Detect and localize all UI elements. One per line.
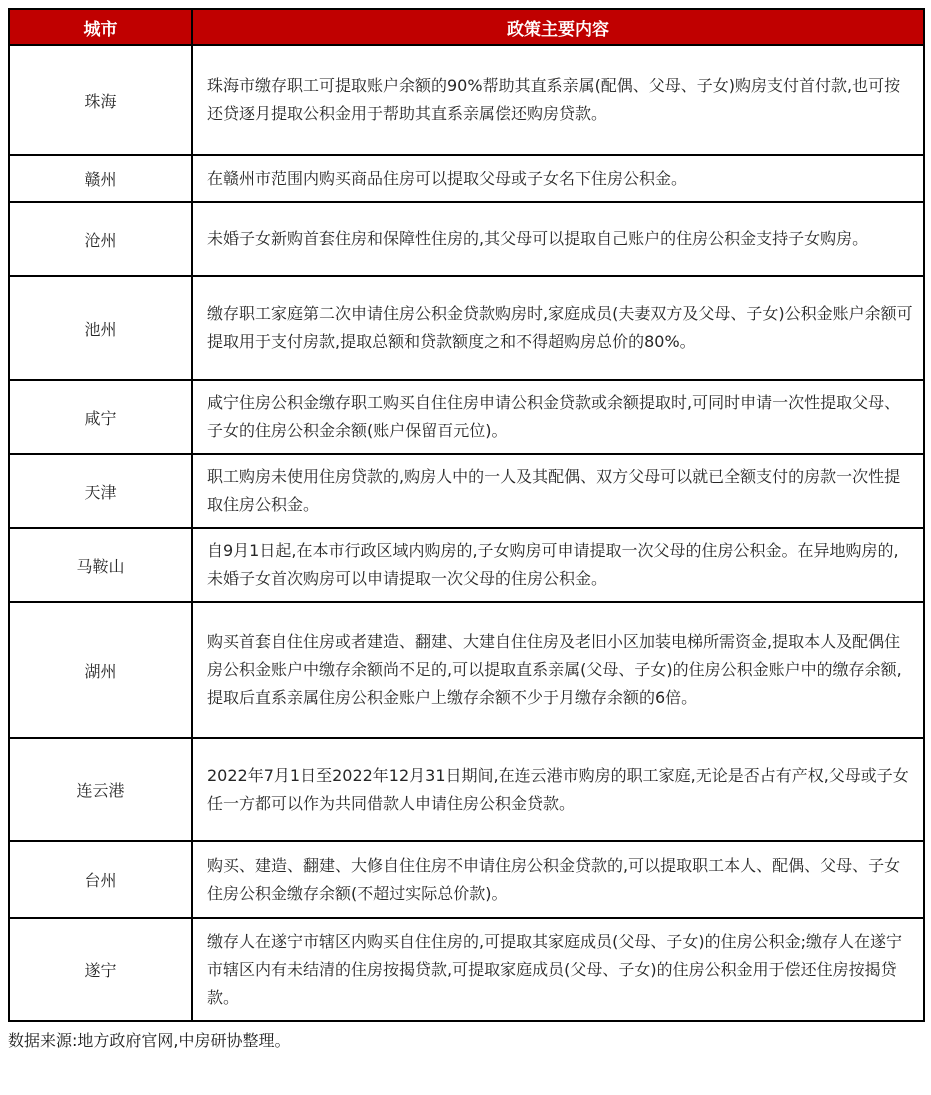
city-cell: 马鞍山 bbox=[9, 528, 192, 602]
table-row: 湖州 购买首套自住住房或者建造、翻建、大建自住住房及老旧小区加装电梯所需资金,提… bbox=[9, 602, 924, 738]
table-row: 赣州 在赣州市范围内购买商品住房可以提取父母或子女名下住房公积金。 bbox=[9, 155, 924, 202]
table-row: 马鞍山 自9月1日起,在本市行政区域内购房的,子女购房可申请提取一次父母的住房公… bbox=[9, 528, 924, 602]
page: 城市 政策主要内容 珠海 珠海市缴存职工可提取账户余额的90%帮助其直系亲属(配… bbox=[0, 0, 931, 1095]
policy-cell: 缴存职工家庭第二次申请住房公积金贷款购房时,家庭成员(夫妻双方及父母、子女)公积… bbox=[192, 276, 924, 380]
policy-cell: 缴存人在遂宁市辖区内购买自住住房的,可提取其家庭成员(父母、子女)的住房公积金;… bbox=[192, 918, 924, 1021]
policy-cell: 在赣州市范围内购买商品住房可以提取父母或子女名下住房公积金。 bbox=[192, 155, 924, 202]
policy-table: 城市 政策主要内容 珠海 珠海市缴存职工可提取账户余额的90%帮助其直系亲属(配… bbox=[8, 8, 925, 1022]
table-row: 珠海 珠海市缴存职工可提取账户余额的90%帮助其直系亲属(配偶、父母、子女)购房… bbox=[9, 45, 924, 155]
city-cell: 天津 bbox=[9, 454, 192, 528]
policy-cell: 珠海市缴存职工可提取账户余额的90%帮助其直系亲属(配偶、父母、子女)购房支付首… bbox=[192, 45, 924, 155]
table-row: 咸宁 咸宁住房公积金缴存职工购买自住住房申请公积金贷款或余额提取时,可同时申请一… bbox=[9, 380, 924, 454]
city-cell: 连云港 bbox=[9, 738, 192, 841]
city-cell: 台州 bbox=[9, 841, 192, 918]
table-row: 天津 职工购房未使用住房贷款的,购房人中的一人及其配偶、双方父母可以就已全额支付… bbox=[9, 454, 924, 528]
table-row: 连云港 2022年7月1日至2022年12月31日期间,在连云港市购房的职工家庭… bbox=[9, 738, 924, 841]
city-cell: 湖州 bbox=[9, 602, 192, 738]
city-cell: 池州 bbox=[9, 276, 192, 380]
policy-cell: 自9月1日起,在本市行政区域内购房的,子女购房可申请提取一次父母的住房公积金。在… bbox=[192, 528, 924, 602]
city-cell: 沧州 bbox=[9, 202, 192, 276]
city-cell: 遂宁 bbox=[9, 918, 192, 1021]
table-row: 遂宁 缴存人在遂宁市辖区内购买自住住房的,可提取其家庭成员(父母、子女)的住房公… bbox=[9, 918, 924, 1021]
header-policy: 政策主要内容 bbox=[192, 9, 924, 45]
policy-cell: 职工购房未使用住房贷款的,购房人中的一人及其配偶、双方父母可以就已全额支付的房款… bbox=[192, 454, 924, 528]
city-cell: 赣州 bbox=[9, 155, 192, 202]
policy-cell: 咸宁住房公积金缴存职工购买自住住房申请公积金贷款或余额提取时,可同时申请一次性提… bbox=[192, 380, 924, 454]
policy-cell: 购买首套自住住房或者建造、翻建、大建自住住房及老旧小区加装电梯所需资金,提取本人… bbox=[192, 602, 924, 738]
policy-cell: 未婚子女新购首套住房和保障性住房的,其父母可以提取自己账户的住房公积金支持子女购… bbox=[192, 202, 924, 276]
policy-cell: 2022年7月1日至2022年12月31日期间,在连云港市购房的职工家庭,无论是… bbox=[192, 738, 924, 841]
table-row: 沧州 未婚子女新购首套住房和保障性住房的,其父母可以提取自己账户的住房公积金支持… bbox=[9, 202, 924, 276]
table-row: 台州 购买、建造、翻建、大修自住住房不申请住房公积金贷款的,可以提取职工本人、配… bbox=[9, 841, 924, 918]
table-row: 池州 缴存职工家庭第二次申请住房公积金贷款购房时,家庭成员(夫妻双方及父母、子女… bbox=[9, 276, 924, 380]
policy-cell: 购买、建造、翻建、大修自住住房不申请住房公积金贷款的,可以提取职工本人、配偶、父… bbox=[192, 841, 924, 918]
header-city: 城市 bbox=[9, 9, 192, 45]
city-cell: 咸宁 bbox=[9, 380, 192, 454]
data-source-note: 数据来源:地方政府官网,中房研协整理。 bbox=[8, 1028, 923, 1054]
city-cell: 珠海 bbox=[9, 45, 192, 155]
table-header-row: 城市 政策主要内容 bbox=[9, 9, 924, 45]
